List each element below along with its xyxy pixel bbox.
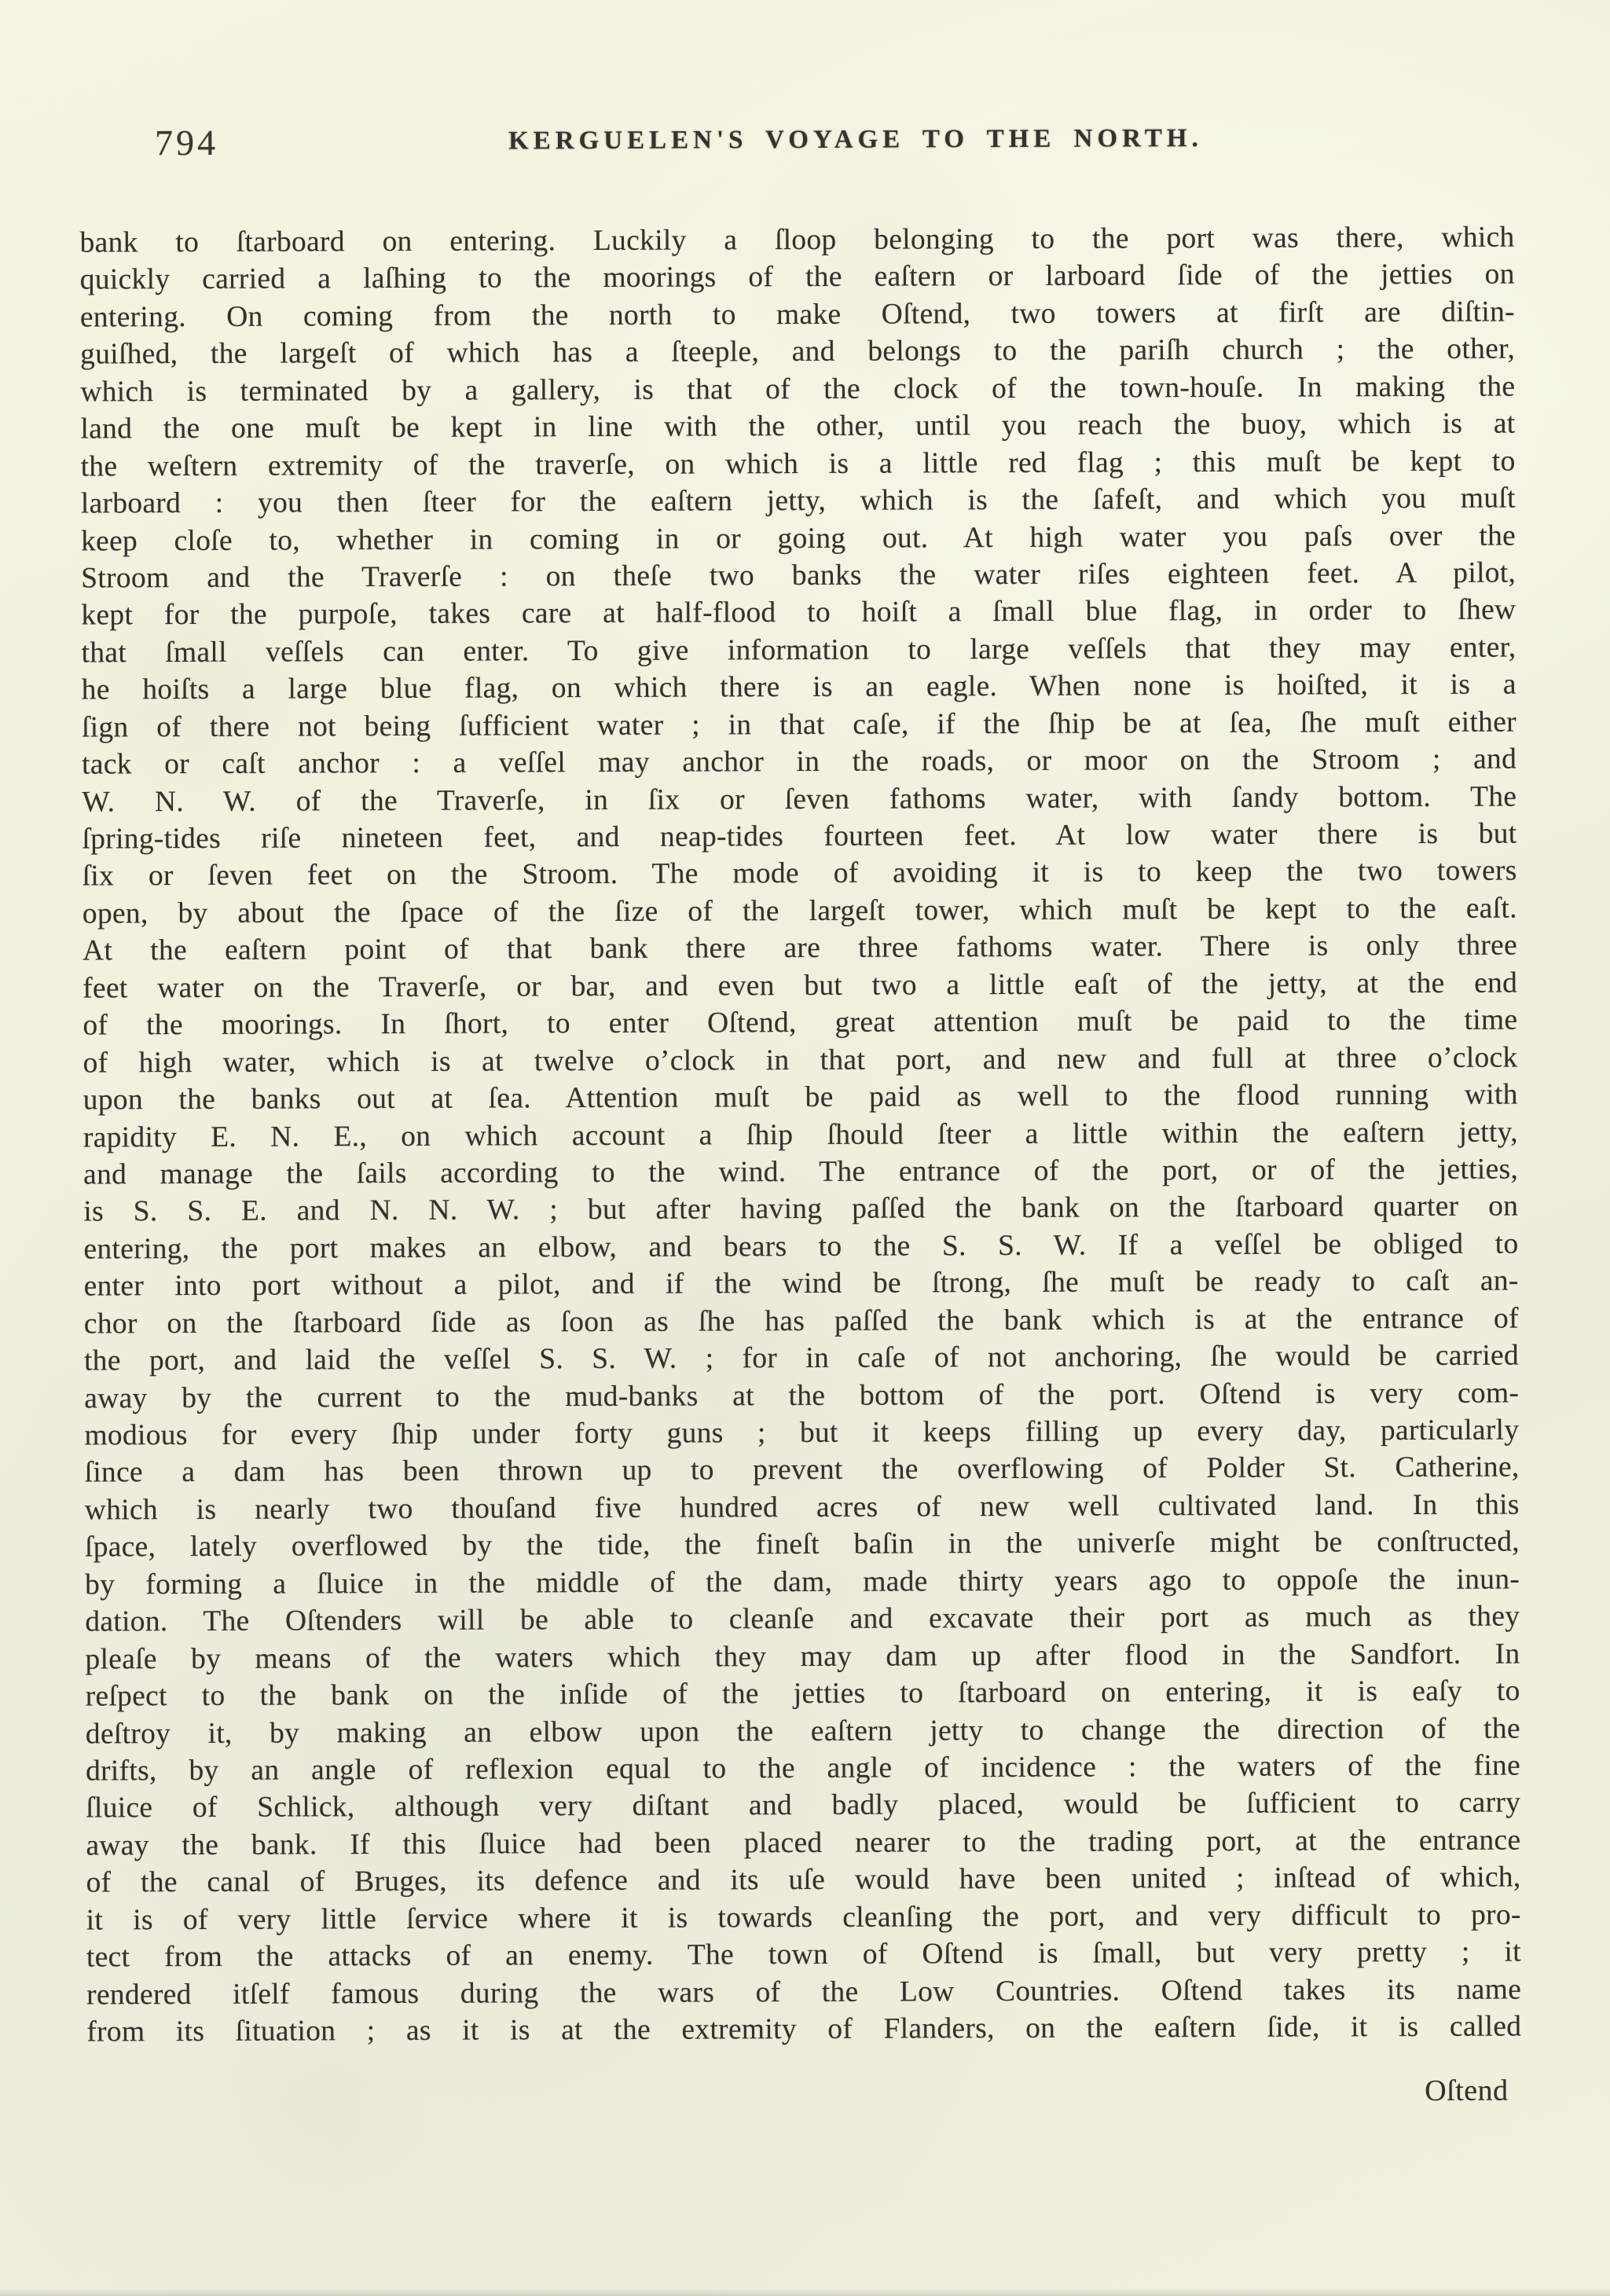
text-line: W. N. W. of the Traverſe, in ſix or ſeve…: [82, 778, 1516, 820]
text-line: ſpace, lately overflowed by the tide, th…: [85, 1524, 1520, 1566]
text-line: ſix or ſeven feet on the Stroom. The mod…: [83, 853, 1517, 895]
text-line: ſpring-tides riſe nineteen feet, and nea…: [82, 816, 1516, 858]
text-line: that ſmall veſſels can enter. To give in…: [81, 629, 1516, 671]
text-line: away the bank. If this ſluice had been p…: [86, 1821, 1520, 1864]
text-line: keep cloſe to, whether in coming in or g…: [81, 517, 1516, 559]
text-line: the weſtern extremity of the traverſe, o…: [81, 442, 1516, 485]
text-line: upon the banks out at ſea. Attention muſ…: [83, 1076, 1518, 1119]
text-line: kept for the purpoſe, takes care at half…: [81, 592, 1516, 634]
text-line: tack or caſt anchor : a veſſel may ancho…: [82, 741, 1516, 783]
text-line: dation. The Oſtenders will be able to cl…: [85, 1598, 1520, 1641]
text-line: which is terminated by a gallery, is tha…: [80, 368, 1515, 410]
text-line: it is of very little ſervice where it is…: [86, 1896, 1521, 1938]
text-line: chor on the ſtarboard ſide as ſoon as ſh…: [84, 1300, 1519, 1342]
text-line: away by the current to the mud-banks at …: [84, 1374, 1519, 1417]
text-line: of the moorings. In ſhort, to enter Oſte…: [83, 1002, 1517, 1044]
text-line: ſluice of Schlick, although very diſtant…: [86, 1784, 1520, 1827]
text-line: from its ſituation ; as it is at the ext…: [86, 2008, 1521, 2051]
text-line: drifts, by an angle of reflexion equal t…: [86, 1747, 1520, 1789]
page-number: 794: [155, 122, 218, 163]
text-line: which is nearly two thouſand five hundre…: [85, 1486, 1520, 1528]
text-line: and manage the ſails according to the wi…: [83, 1150, 1518, 1193]
text-line: rapidity E. N. E., on which account a ſh…: [83, 1113, 1518, 1156]
catchword: Oſtend: [1425, 2074, 1509, 2108]
book-page: 794 KERGUELEN'S VOYAGE TO THE NORTH. ban…: [0, 0, 1610, 2296]
text-line: At the eaſtern point of that bank there …: [83, 927, 1517, 970]
text-line: deſtroy it, by making an elbow upon the …: [86, 1710, 1520, 1752]
text-line: he hoiſts a large blue flag, on which th…: [82, 666, 1516, 709]
text-line: Stroom and the Traverſe : on theſe two b…: [81, 554, 1516, 596]
text-line: quickly carried a laſhing to the mooring…: [80, 256, 1515, 299]
text-line: open, by about the ſpace of the ſize of …: [83, 889, 1517, 932]
text-line: guiſhed, the largeſt of which has a ſtee…: [80, 331, 1515, 373]
text-line: modious for every ſhip under forty guns …: [84, 1412, 1519, 1454]
body-text: bank to ſtarboard on entering. Luckily a…: [79, 219, 1521, 2051]
text-line: of the canal of Bruges, its defence and …: [86, 1859, 1520, 1902]
text-line: larboard : you then ſteer for the eaſter…: [81, 480, 1516, 523]
text-line: the port, and laid the veſſel S. S. W. ;…: [84, 1337, 1519, 1380]
text-line: reſpect to the bank on the inſide of the…: [86, 1673, 1520, 1715]
text-line: of high water, which is at twelve o’cloc…: [83, 1039, 1517, 1081]
text-line: by forming a ſluice in the middle of the…: [85, 1561, 1520, 1603]
text-line: land the one muſt be kept in line with t…: [80, 405, 1515, 448]
text-line: entering, the port makes an elbow, and b…: [83, 1225, 1518, 1267]
text-line: rendered itſelf famous during the wars o…: [86, 1971, 1521, 2013]
text-line: feet water on the Traverſe, or bar, and …: [83, 964, 1517, 1007]
running-title: KERGUELEN'S VOYAGE TO THE NORTH.: [508, 124, 1203, 156]
text-line: entering. On coming from the north to ma…: [80, 293, 1515, 336]
text-line: is S. S. E. and N. N. W. ; but after hav…: [83, 1188, 1518, 1231]
text-line: ſince a dam has been thrown up to preven…: [84, 1449, 1519, 1491]
text-line: bank to ſtarboard on entering. Luckily a…: [79, 219, 1514, 262]
text-line: tect from the attacks of an enemy. The t…: [86, 1934, 1521, 1976]
text-line: enter into port without a pilot, and if …: [84, 1263, 1519, 1305]
text-line: ſign of there not being ſufficient water…: [82, 703, 1516, 746]
text-line: pleaſe by means of the waters which they…: [85, 1635, 1520, 1678]
page-content: 794 KERGUELEN'S VOYAGE TO THE NORTH. ban…: [0, 0, 1610, 2296]
